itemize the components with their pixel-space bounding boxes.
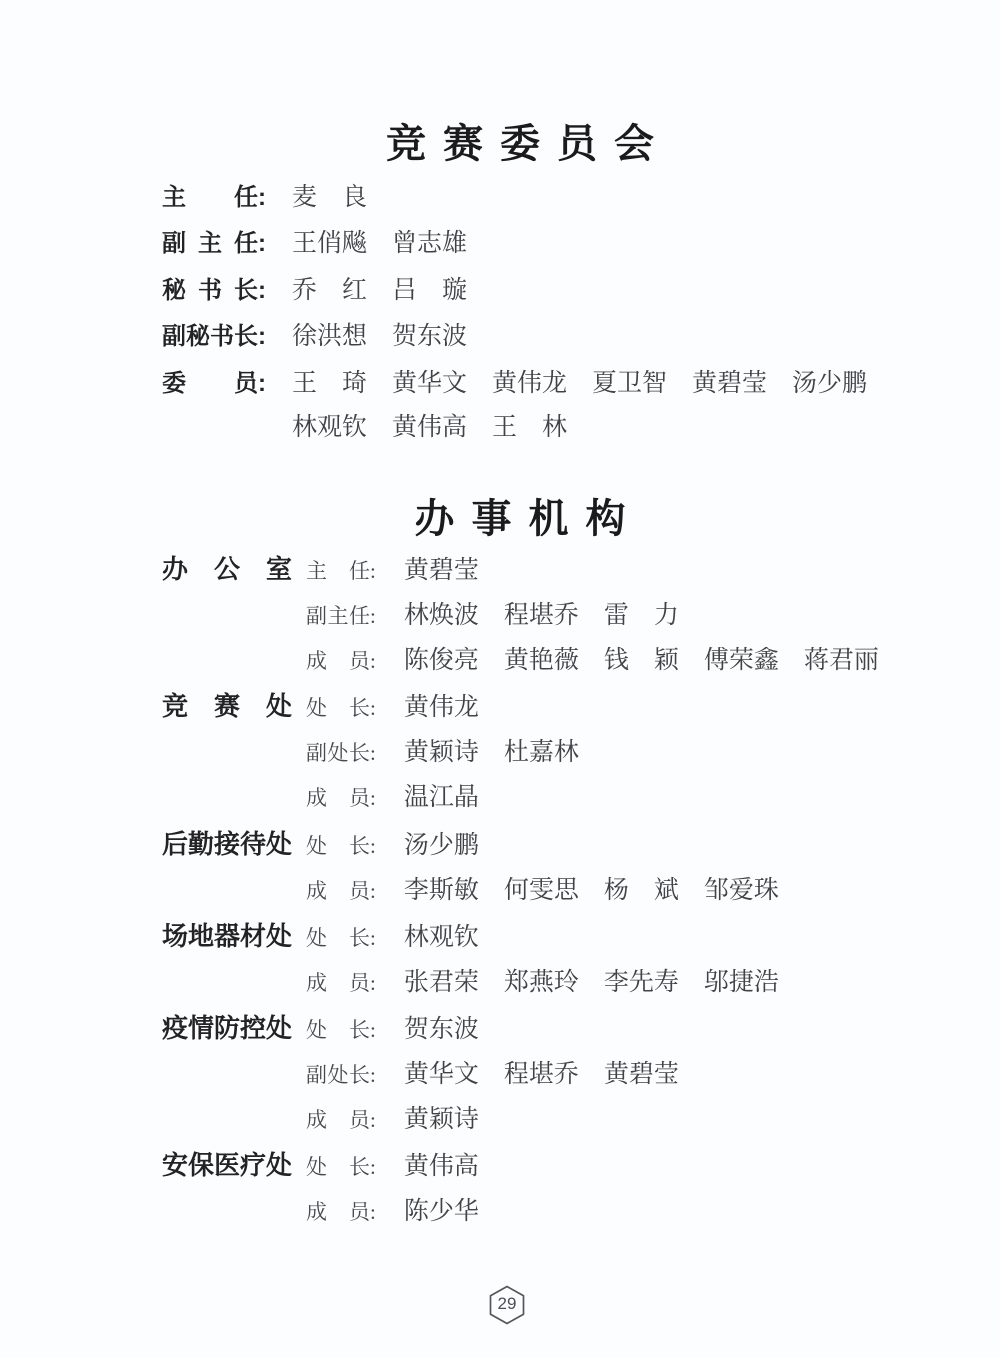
names-text: 王俏飚 曾志雄 [292, 230, 467, 257]
role-label: 副处长 [306, 732, 370, 774]
names-text: 陈俊亮 黄艳薇 钱 颖 傅荣鑫 蒋君丽 [404, 647, 879, 674]
colon: : [370, 1063, 376, 1087]
committee-row: 委员:王 琦 黄华文 黄伟龙 夏卫智 黄碧莹 汤少鹏 [162, 362, 878, 408]
names-text: 汤少鹏 [404, 832, 479, 859]
dept-label: 办公室 [162, 548, 292, 590]
committee-row: 秘书长:乔 红 吕 璇 [162, 269, 878, 315]
office-row: 场地器材处处长:林观钦 [162, 915, 1000, 962]
role-label: 成员 [306, 640, 370, 682]
colon: : [370, 696, 376, 720]
role-label: 处长 [306, 917, 370, 959]
role-label: 处长 [306, 1009, 370, 1051]
role-label: 副主任 [162, 222, 258, 265]
dept-label: 疫情防控处 [162, 1007, 292, 1049]
colon: : [258, 230, 266, 257]
role-label: 成员 [306, 777, 370, 819]
role-label: 副秘书长 [162, 315, 258, 358]
role-label: 成员 [306, 1099, 370, 1141]
dept-label: 安保医疗处 [162, 1144, 292, 1186]
offices-title: 办事机构 [162, 497, 878, 541]
page-number-badge: 29 [487, 1284, 527, 1326]
colon: : [370, 1200, 376, 1224]
colon: : [258, 323, 266, 350]
page-number: 29 [487, 1284, 527, 1324]
names-text: 徐洪想 贺东波 [292, 323, 467, 350]
offices-roster: 办公室主任:黄碧莹 副主任:林焕波 程堪乔 雷 力 成员:陈俊亮 黄艳薇 钱 颖… [162, 548, 1000, 1236]
role-label: 处长 [306, 825, 370, 867]
colon: : [370, 879, 376, 903]
office-row: 成员:黄颖诗 [162, 1099, 1000, 1144]
committee-title: 竞赛委员会 [162, 122, 878, 166]
office-row: 成员:李斯敏 何雯思 杨 斌 邹爱珠 [162, 870, 1000, 915]
names-text: 黄伟龙 [404, 694, 479, 721]
names-text: 贺东波 [404, 1016, 479, 1043]
role-label: 处长 [306, 687, 370, 729]
names-text: 林观钦 [404, 924, 479, 951]
names-text: 麦 良 [292, 184, 367, 211]
colon: : [258, 184, 266, 211]
names-text: 李斯敏 何雯思 杨 斌 邹爱珠 [404, 877, 779, 904]
names-text-continued: 林观钦 黄伟高 王 林 [292, 408, 878, 448]
role-label: 委员 [162, 362, 258, 405]
office-row: 副处长:黄华文 程堪乔 黄碧莹 [162, 1054, 1000, 1099]
colon: : [370, 1155, 376, 1179]
role-label: 成员 [306, 962, 370, 1004]
colon: : [370, 604, 376, 628]
colon: : [370, 649, 376, 673]
names-text: 林焕波 程堪乔 雷 力 [404, 602, 679, 629]
names-text: 黄碧莹 [404, 557, 479, 584]
office-row: 后勤接待处处长:汤少鹏 [162, 823, 1000, 870]
office-row: 疫情防控处处长:贺东波 [162, 1007, 1000, 1054]
names-text: 黄颖诗 [404, 1106, 479, 1133]
role-label: 秘书长 [162, 269, 258, 312]
committee-row: 主任:麦 良 [162, 176, 878, 222]
colon: : [258, 277, 266, 304]
colon: : [370, 1108, 376, 1132]
names-text: 温江晶 [404, 784, 479, 811]
names-text: 陈少华 [404, 1198, 479, 1225]
colon: : [370, 786, 376, 810]
names-text: 黄伟高 [404, 1153, 479, 1180]
office-row: 安保医疗处处长:黄伟高 [162, 1144, 1000, 1191]
colon: : [370, 834, 376, 858]
office-row: 成员:温江晶 [162, 777, 1000, 822]
office-row: 成员:陈俊亮 黄艳薇 钱 颖 傅荣鑫 蒋君丽 [162, 640, 1000, 685]
office-row: 成员:张君荣 郑燕玲 李先寿 邬捷浩 [162, 962, 1000, 1007]
colon: : [370, 741, 376, 765]
office-row: 竞赛处处长:黄伟龙 [162, 685, 1000, 732]
office-row: 办公室主任:黄碧莹 [162, 548, 1000, 595]
names-text: 黄颖诗 杜嘉林 [404, 739, 579, 766]
names-text: 张君荣 郑燕玲 李先寿 邬捷浩 [404, 969, 779, 996]
role-label: 成员 [306, 1191, 370, 1233]
role-label: 副主任 [306, 595, 370, 637]
dept-label: 竞赛处 [162, 685, 292, 727]
role-label: 主任 [162, 176, 258, 219]
role-label: 处长 [306, 1146, 370, 1188]
names-text: 乔 红 吕 璇 [292, 277, 467, 304]
role-label: 副处长 [306, 1054, 370, 1096]
colon: : [370, 926, 376, 950]
colon: : [370, 559, 376, 583]
dept-label: 场地器材处 [162, 915, 292, 957]
committee-roster: 主任:麦 良 副主任:王俏飚 曾志雄 秘书长:乔 红 吕 璇 副秘书长:徐洪想 … [162, 176, 878, 448]
office-row: 副处长:黄颖诗 杜嘉林 [162, 732, 1000, 777]
names-text: 王 琦 黄华文 黄伟龙 夏卫智 黄碧莹 汤少鹏 [292, 370, 867, 397]
colon: : [370, 1018, 376, 1042]
colon: : [258, 370, 266, 397]
role-label: 主任 [306, 550, 370, 592]
role-label: 成员 [306, 870, 370, 912]
committee-row: 副主任:王俏飚 曾志雄 [162, 222, 878, 268]
dept-label: 后勤接待处 [162, 823, 292, 865]
colon: : [370, 971, 376, 995]
office-row: 成员:陈少华 [162, 1191, 1000, 1236]
office-row: 副主任:林焕波 程堪乔 雷 力 [162, 595, 1000, 640]
committee-row: 副秘书长:徐洪想 贺东波 [162, 315, 878, 361]
names-text: 黄华文 程堪乔 黄碧莹 [404, 1061, 679, 1088]
